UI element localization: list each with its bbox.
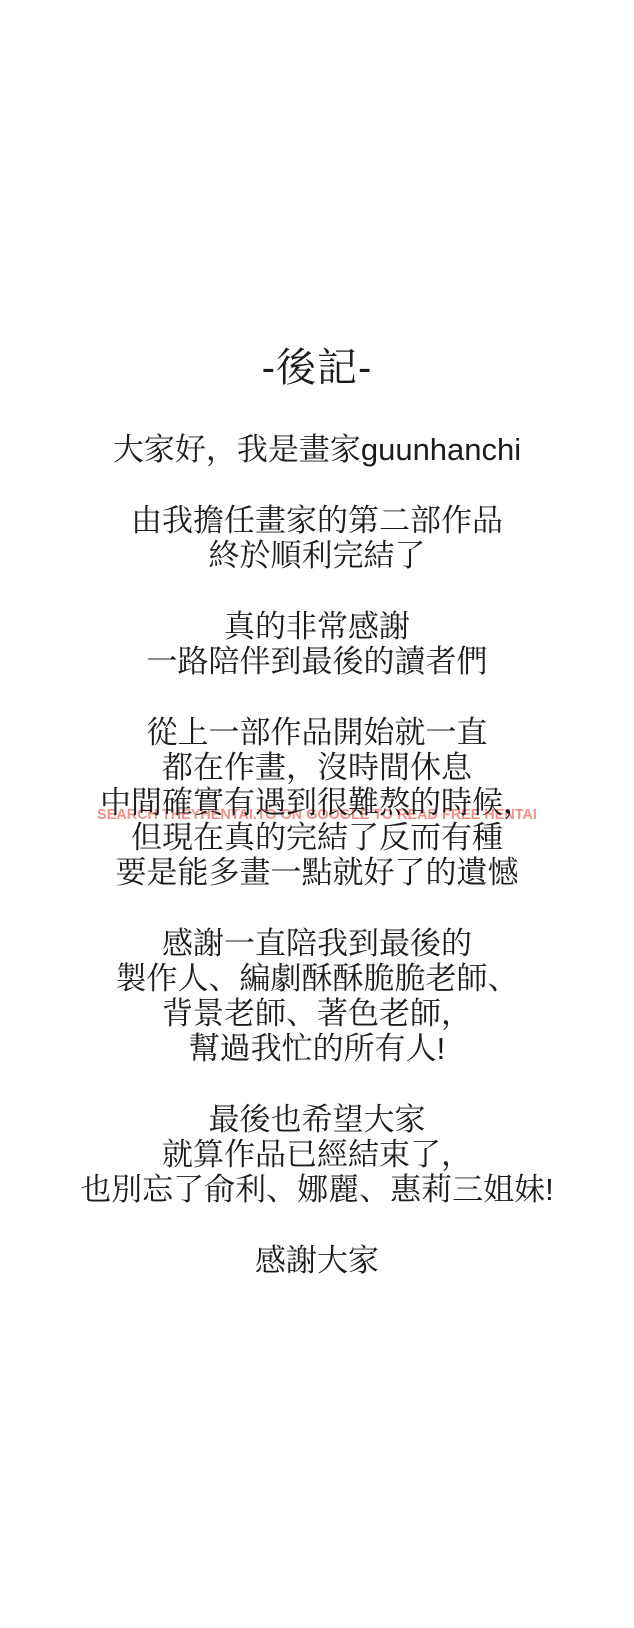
paragraph-final-wish: 最後也希望大家 就算作品已經結束了， 也別忘了俞利、娜麗、惠莉三姐妹! bbox=[0, 1102, 634, 1207]
paragraph-thanks-readers: 真的非常感謝 一路陪伴到最後的讀者們 bbox=[0, 609, 634, 679]
afterword-title: -後記- bbox=[0, 340, 634, 396]
text-line: 也別忘了俞利、娜麗、惠莉三姐妹! bbox=[0, 1172, 634, 1207]
text-line: 最後也希望大家 bbox=[0, 1102, 634, 1137]
text-line: 大家好，我是畫家guunhanchi bbox=[0, 432, 634, 467]
text-line: 感謝一直陪我到最後的 bbox=[0, 926, 634, 961]
text-line: 但現在真的完結了反而有種 bbox=[0, 820, 634, 855]
text-line: 從上一部作品開始就一直 bbox=[0, 715, 634, 750]
text-line: 中間確實有遇到很難熬的時候， bbox=[0, 785, 634, 820]
text-line: 感謝大家 bbox=[0, 1243, 634, 1278]
paragraph-second-work: 由我擔任畫家的第二部作品 終於順利完結了 bbox=[0, 503, 634, 573]
afterword-content: -後記- 大家好，我是畫家guunhanchi 由我擔任畫家的第二部作品 終於順… bbox=[0, 0, 634, 1278]
paragraph-thanks-staff: 感謝一直陪我到最後的 製作人、編劇酥酥脆脆老師、 背景老師、著色老師， 幫過我忙… bbox=[0, 926, 634, 1066]
paragraph-work-history: 從上一部作品開始就一直 都在作畫，沒時間休息 中間確實有遇到很難熬的時候， 但現… bbox=[0, 715, 634, 890]
paragraph-closing: 感謝大家 bbox=[0, 1243, 634, 1278]
text-line: 都在作畫，沒時間休息 bbox=[0, 750, 634, 785]
text-line: 背景老師、著色老師， bbox=[0, 996, 634, 1031]
text-line: 終於順利完結了 bbox=[0, 538, 634, 573]
text-line: 製作人、編劇酥酥脆脆老師、 bbox=[0, 961, 634, 996]
afterword-page: SEARCH THEYHENTAI.TO ON GOOGLE TO READ F… bbox=[0, 0, 634, 1628]
paragraph-greeting: 大家好，我是畫家guunhanchi bbox=[0, 432, 634, 467]
text-line: 要是能多畫一點就好了的遺憾 bbox=[0, 855, 634, 890]
text-line: 由我擔任畫家的第二部作品 bbox=[0, 503, 634, 538]
text-line: 幫過我忙的所有人! bbox=[0, 1031, 634, 1066]
text-line: 就算作品已經結束了， bbox=[0, 1137, 634, 1172]
text-line: 真的非常感謝 bbox=[0, 609, 634, 644]
text-line: 一路陪伴到最後的讀者們 bbox=[0, 644, 634, 679]
